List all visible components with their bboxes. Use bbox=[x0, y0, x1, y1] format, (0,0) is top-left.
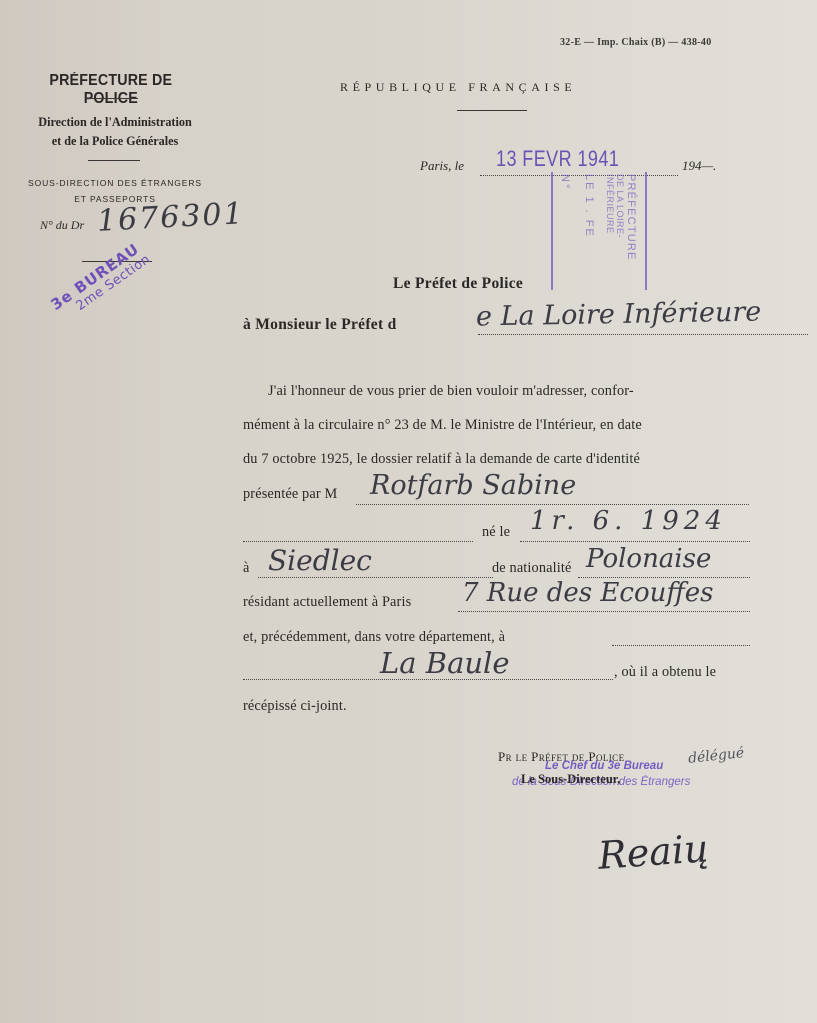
direction-block: Direction de l'Administration et de la P… bbox=[26, 113, 204, 151]
sender-heading: Le Préfet de Police bbox=[393, 275, 523, 293]
republique-heading: RÉPUBLIQUE FRANÇAISE bbox=[340, 80, 576, 95]
presented-by-label: présentée par M bbox=[243, 486, 337, 503]
divider bbox=[457, 110, 527, 111]
stamp-number: N° bbox=[559, 174, 571, 190]
birth-place: Siedlec bbox=[268, 544, 372, 577]
stamp-prefecture: PRÉFECTURE bbox=[625, 174, 637, 261]
recipient-field-line bbox=[478, 334, 808, 335]
stamp-department: DE LA LOIRE-INFÉRIEURE bbox=[605, 174, 625, 290]
residence-field-line bbox=[458, 611, 750, 612]
date-suffix: 194—. bbox=[682, 158, 716, 174]
date-stamp: 13 FEVR 1941 bbox=[496, 146, 619, 172]
dossier-label: N° du Dr bbox=[40, 218, 84, 233]
divider bbox=[86, 98, 138, 99]
place-prefix: à bbox=[243, 560, 250, 577]
previous-place: La Baule bbox=[380, 646, 509, 680]
obtained-label: , où il a obtenu le bbox=[614, 664, 716, 681]
chef-bureau-stamp: Le Chef du 3e Bureau bbox=[545, 760, 663, 772]
stamp-date: LE 1 . FE bbox=[583, 174, 595, 238]
prefecture-title: PRÉFECTURE DE POLICE bbox=[28, 72, 194, 108]
birthplace-field-line bbox=[258, 577, 493, 578]
residence-label: résidant actuellement à Paris bbox=[243, 594, 411, 611]
birth-date: 1r. 6. 1924 bbox=[530, 506, 727, 536]
blank-field-line bbox=[243, 541, 473, 542]
born-label: né le bbox=[482, 524, 510, 541]
recipient-prefix: à Monsieur le Préfet d bbox=[243, 316, 397, 334]
dossier-number: 1676301 bbox=[96, 196, 245, 239]
divider bbox=[88, 160, 140, 161]
nationality-value: Polonaise bbox=[586, 544, 711, 574]
name-field-line bbox=[356, 504, 749, 505]
receipt-line: récépissé ci-joint. bbox=[243, 698, 347, 715]
direction-line-2: et de la Police Générales bbox=[26, 132, 204, 151]
body-line-3: du 7 octobre 1925, le dossier relatif à … bbox=[243, 451, 640, 468]
body-line-2: mément à la circulaire n° 23 de M. le Mi… bbox=[243, 417, 642, 434]
date-prefix: Paris, le bbox=[420, 158, 464, 174]
direction-line-1: Direction de l'Administration bbox=[26, 113, 204, 132]
recipient-department: e La Loire Inférieure bbox=[476, 297, 762, 333]
birthdate-field-line bbox=[520, 541, 750, 542]
sous-directeur-line: Le Sous-Directeur, bbox=[521, 772, 620, 787]
delegue-note: délégué bbox=[687, 745, 745, 767]
handwritten-signature: Reaių bbox=[597, 826, 710, 878]
print-reference: 32-E — Imp. Chaix (B) — 438-40 bbox=[560, 37, 712, 48]
residence-value: 7 Rue des Ecouffes bbox=[462, 578, 714, 608]
applicant-name: Rotfarb Sabine bbox=[370, 470, 576, 501]
previous-field-line bbox=[612, 645, 750, 646]
prefecture-received-stamp: N° LE 1 . FE DE LA LOIRE-INFÉRIEURE PRÉF… bbox=[551, 172, 647, 290]
previous-label: et, précédemment, dans votre département… bbox=[243, 629, 505, 646]
sous-direction-line-1: SOUS-DIRECTION DES ÉTRANGERS bbox=[22, 175, 208, 191]
body-line-1: J'ai l'honneur de vous prier de bien vou… bbox=[268, 383, 634, 400]
nationality-label: de nationalité bbox=[492, 560, 572, 577]
bureau-stamp: 3e BUREAU 2me Section bbox=[48, 239, 154, 327]
